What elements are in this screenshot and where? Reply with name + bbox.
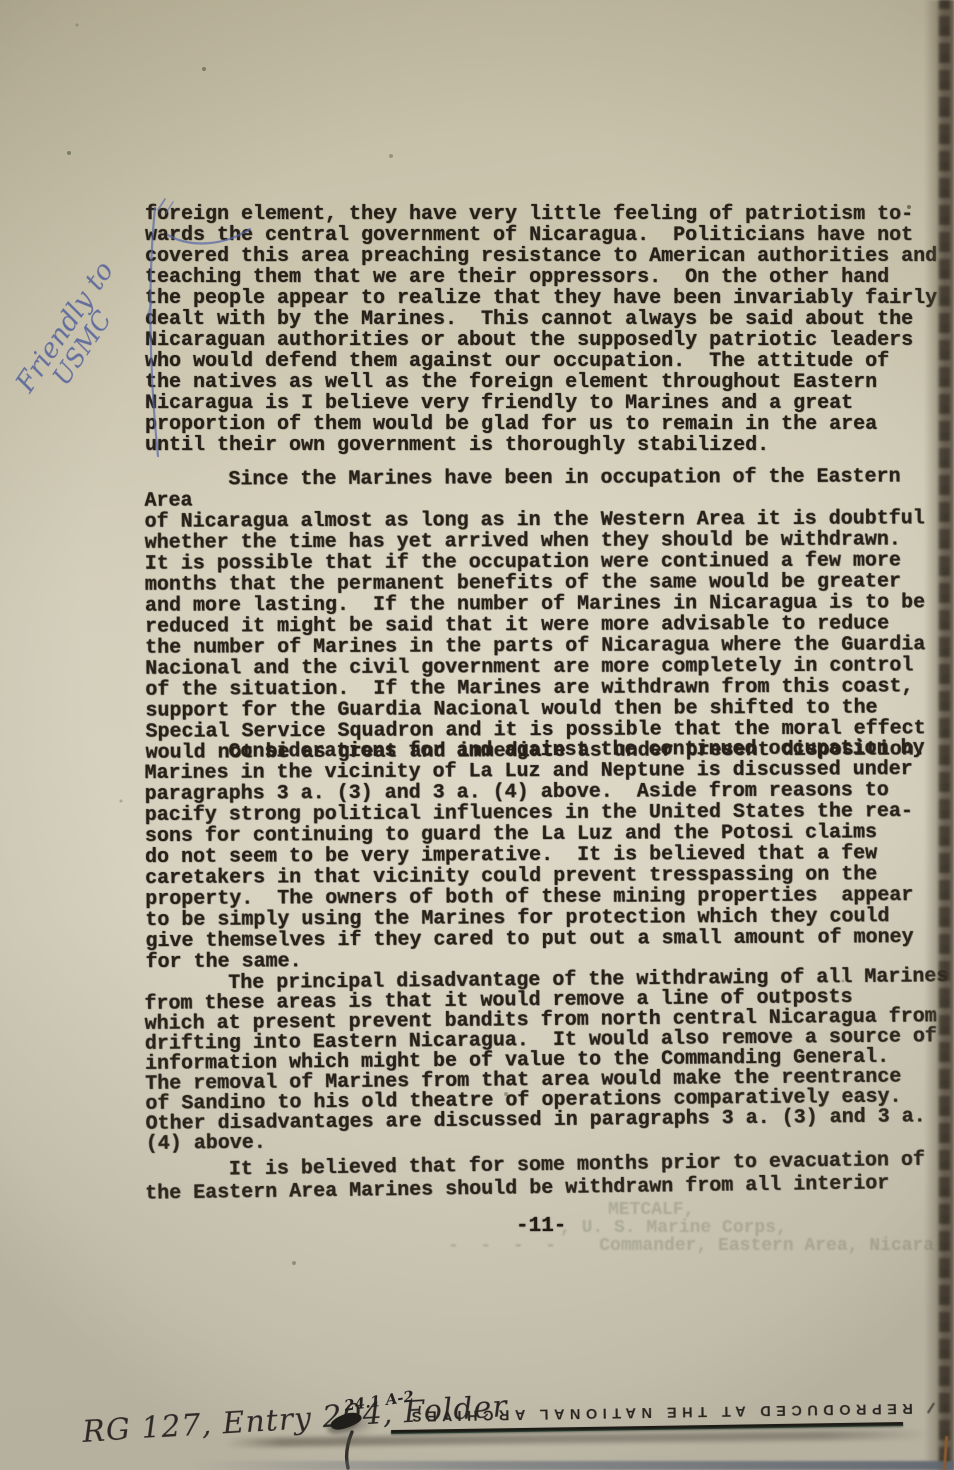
foreign-underline	[168, 229, 250, 243]
bleed-through-line: - - - - Commander, Eastern Area, Nicara	[448, 1236, 934, 1256]
typed-paragraph-3: Considerations for and against the conti…	[144, 738, 951, 973]
typed-paragraph-4: The principal disadvantage of the withdr…	[144, 967, 952, 1155]
bottom-edge-shadow	[0, 1461, 954, 1470]
page-number: -11-	[516, 1215, 566, 1238]
right-edge-shadow-core	[939, 0, 950, 1470]
dust-specks	[0, 0, 2, 2]
typed-paragraph-5: It is believed that for some months prio…	[145, 1148, 952, 1205]
bleed-through-line: , U. S. Marine Corps,	[560, 1218, 787, 1238]
bleed-through-line: METCALF,	[608, 1200, 694, 1220]
typed-paragraph-2: Since the Marines have been in occupatio…	[144, 466, 951, 764]
scanned-document-page: foreign element, they have very little f…	[0, 0, 954, 1470]
